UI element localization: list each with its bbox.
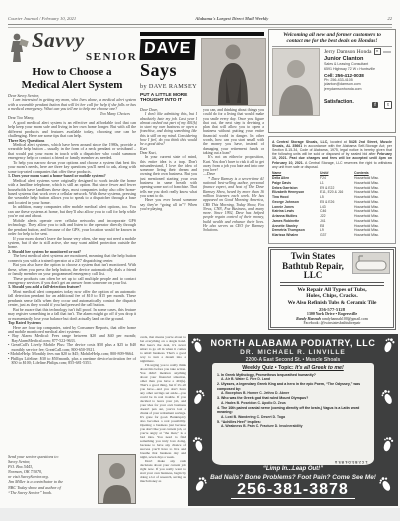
social-icons: f t [371, 93, 392, 111]
podiatry-tagline-1: “Limp In...Leap Out!” [188, 466, 398, 472]
jim-miller-photo [98, 454, 136, 504]
dealer-address: 6591 Highway 72 W • Huntsville [324, 67, 392, 71]
masthead-slogan: Alabama's Largest Direct Mail Weekly [195, 16, 268, 21]
savvy-headline-line2: Medical Alert System [8, 79, 136, 92]
podiatry-address: 2200-A East Second St. • Muscle Shoals [188, 357, 398, 363]
satisfaction-row: Satisfaction. f t [324, 93, 392, 111]
footprint-icon [190, 387, 207, 407]
senior-logo: SENIOR [86, 51, 137, 63]
legal-notice-text: A Central Storage Shoals, LLC, located a… [272, 140, 392, 169]
page-number: 22 [387, 16, 392, 21]
honda-mark-icon [383, 51, 391, 53]
savvy-paragraph: To help you narrow down your options and… [8, 161, 136, 174]
honda-h-icon: H [374, 48, 381, 55]
podiatry-practice-name: NORTH ALABAMA PODIATRY, LLC [188, 338, 398, 348]
dave-article-headline: PUT A LITTLE MORE THOUGHT INTO IT [140, 93, 200, 104]
savvy-contact-info: Send your senior questions to:Savvy Seni… [8, 454, 94, 504]
twin-states-bathtub-ad: Twin States Bathtub Repair, LLC We Repai… [268, 247, 396, 330]
masthead-date: Courier Journal / February 10, 2021 [8, 16, 76, 21]
savvy-headline-line1: How to Choose a [8, 66, 136, 79]
savvy-paragraph: Medical alert systems were originally de… [8, 179, 136, 206]
honda-dealer-name: Jerry Damson Honda [324, 49, 372, 55]
tub-service-line3: We Also Refinish Tubs & Ceramic Tile [274, 300, 390, 306]
quiz-line: 2. Ulysses, a legendary Greek King and a… [217, 382, 369, 390]
newspaper-page: Courier Journal / February 10, 2021 Alab… [0, 0, 400, 508]
bathtub-icon [352, 252, 390, 274]
masthead: Courier Journal / February 10, 2021 Alab… [8, 16, 392, 21]
savvy-senior-cartoon-icon [8, 32, 30, 64]
satisfaction-tagline: Satisfaction. [324, 99, 354, 105]
honda-dealer-line: Jerry Damson Honda H [324, 48, 392, 55]
weekly-quiz-panel: Weekly Quiz • Topic: It's all Greek to m… [212, 363, 374, 465]
junior-clanton-photo [272, 48, 320, 116]
quiz-questions: 1. In Greek Mythology, Prometheus bequea… [217, 373, 369, 429]
podiatry-phone-text: 256-381-3878 [231, 481, 355, 499]
quiz-line: 4. The 10th paired cranial nerve (coming… [217, 406, 369, 414]
table-cell: Household Misc. [354, 233, 392, 238]
footprint-icon [380, 435, 395, 454]
quiz-line: A. Hades B. Poseidon C. Apollo D. Zeus [217, 401, 369, 405]
dave-paragraph: Don't make any rash decisions about your… [140, 459, 186, 483]
storage-table-rows: Delia AllenF24Household Misc.Paige Davis… [272, 176, 392, 238]
facebook-icon: f [372, 102, 378, 108]
tub-ad-rule [280, 282, 384, 287]
honda-divider [272, 46, 392, 47]
dave-section-rule [140, 32, 264, 36]
dave-column-3: cards, that means you're about to bet ev… [140, 335, 186, 505]
quiz-line: A. Lost B. Wandering C. Desert D. Toga [217, 415, 369, 419]
tub-contact-name: Randy Hannah [296, 317, 321, 321]
tub-ad-title: Twin States Bathtub Repair, LLC [274, 252, 352, 281]
footprint-icon [379, 387, 396, 407]
podiatry-tagline-2: Bad Nails? Bone Problems? Foot Pain? Com… [188, 474, 398, 481]
dave-column-2: you can, and thinking about things you c… [203, 108, 264, 332]
jerry-damson-honda-ad: Welcoming all new and former customers t… [268, 29, 396, 133]
podiatry-ad: NORTH ALABAMA PODIATRY, LLC DR. MICHAEL … [188, 334, 398, 506]
savvy-paragraph: But be aware that this technology isn't … [8, 308, 136, 321]
savvy-footer: Send your senior questions to:Savvy Seni… [8, 454, 136, 504]
dave-paragraph: It's not an either/or proposition, Kurt.… [203, 155, 264, 172]
table-cell: G37 [320, 233, 354, 238]
quiz-line: A. Air B. Water C. Fire D. Land [217, 377, 369, 381]
savvy-logo: Savvy [32, 28, 85, 53]
quiz-answer-key: 1. C 2. B 3. D 4. B 5. A [335, 460, 368, 464]
masthead-rule-2 [8, 27, 392, 28]
quiz-line: A. Weakness B. Pain C. Fracture D. Invul… [217, 424, 369, 428]
masthead-rule [8, 24, 392, 25]
dave-paragraph: * Dave Ramsey is a seven-time #1 nationa… [203, 177, 264, 233]
table-cell: Klarissa Whalen [272, 233, 320, 238]
quiz-title-topic: It's all Greek to me! [295, 365, 344, 371]
savvy-paragraph: Most medical alert companies today now o… [8, 290, 136, 308]
storage-units-table: Name Unit# Contents Delia AllenF24Househ… [272, 171, 392, 238]
savvy-paragraph: Medical alert systems, which have been a… [8, 143, 136, 161]
tub-title-line2: Bathtub Repair, LLC [274, 262, 352, 281]
quiz-title: Weekly Quiz • Topic: It's all Greek to m… [217, 365, 369, 371]
dave-says-logo: Says [140, 60, 177, 81]
quiz-title-label: Weekly Quiz • Topic: [242, 365, 293, 371]
savvy-headline: How to Choose a Medical Alert System [8, 66, 136, 91]
dave-paragraph: Have you ever heard someone say they're … [140, 198, 197, 211]
website: jerrydamsonhonda.com [324, 87, 392, 91]
honda-content-row: Jerry Damson Honda H Junior Clanton Sale… [272, 48, 392, 116]
tub-ad-header: Twin States Bathtub Repair, LLC [274, 252, 390, 281]
savvy-paragraph: • Phillips Lifeline: $30 to $50/month, p… [8, 357, 136, 366]
savvy-paragraph: If your mom doesn't leave the house very… [8, 237, 136, 250]
savvy-paragraph: But you also have the option to choose a… [8, 263, 136, 276]
tub-contact-email: randyhannah100@gmail.com [322, 317, 368, 321]
honda-headline-line2: contact me for the best deals on Hondas! [272, 38, 392, 44]
dave-byline: by DAVE RAMSEY [140, 83, 197, 90]
savvy-paragraph: In addition, many companies offer mobile… [8, 205, 136, 218]
dave-paragraph: In your current state of mind, this enti… [140, 155, 197, 198]
dave-paragraph: I don't like admitting this, but I absol… [140, 112, 197, 146]
honda-info: Jerry Damson Honda H Junior Clanton Sale… [324, 48, 392, 116]
podiatry-doctor-name: DR. MICHAEL R. LINVILLE [188, 349, 398, 356]
twitter-icon: t [384, 101, 392, 109]
savvy-body-text: Dear Savvy Senior,I am interested in get… [8, 94, 136, 454]
podiatry-phone-number: 256-381-3878 [188, 481, 398, 499]
quiz-line: A. Bocephus B. Homer C. Jethro D. Abner [217, 391, 369, 395]
honda-ad-headline: Welcoming all new and former customers t… [272, 32, 392, 44]
savvy-paragraph: A good medical alert system is an effect… [8, 121, 136, 139]
dave-paragraph: I'm urging you to really think about thi… [140, 363, 186, 459]
storage-legal-notice: A Central Storage Shoals, LLC, located a… [268, 136, 396, 244]
dave-column-1: Dear Dave,I don't like admitting this, b… [140, 108, 197, 332]
dave-paragraph: cards, that means you're about to bet ev… [140, 335, 186, 363]
dave-logo: DAVE [139, 39, 195, 60]
table-row: Klarissa WhalenG37Household Misc. [272, 233, 392, 238]
dave-paragraph: you can, and thinking about things you c… [203, 108, 264, 155]
dave-ramsey-photo [201, 38, 266, 106]
footprint-icon [191, 435, 206, 454]
savvy-paragraph: I am interested in getting my mom, who l… [8, 98, 136, 111]
savvy-senior-article: Savvy SENIOR How to Choose a Medical Ale… [8, 30, 136, 508]
savvy-contact-line: “The Savvy Senior” book. [8, 490, 94, 495]
tub-facebook-line: Facebook: @twinstatesbathtubrepair [274, 321, 390, 326]
savvy-paragraph: Mobile alerts operate over cellular netw… [8, 219, 136, 237]
